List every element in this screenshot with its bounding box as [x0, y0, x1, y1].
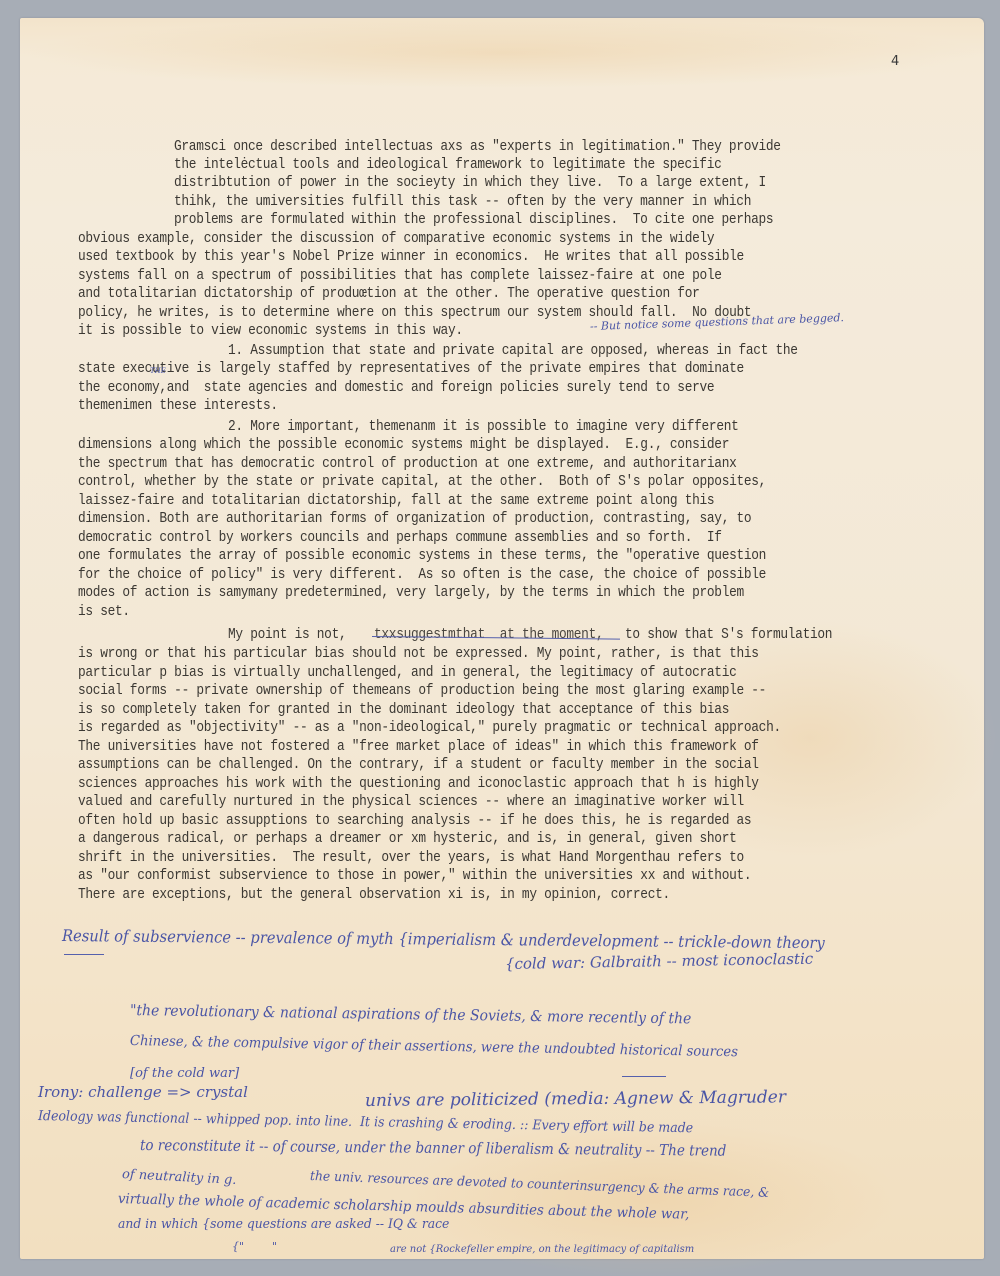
- handwritten-note: are not {Rockefeller empire, on the legi…: [390, 1244, 694, 1255]
- typed-line: the spectrum that has democratic control…: [78, 455, 737, 473]
- typed-line: is regarded as "objectivity" -- as a "no…: [78, 719, 781, 737]
- handwritten-note: [of the cold war]: [130, 1067, 239, 1080]
- typed-line: modes of action is samymany predetermine…: [78, 584, 744, 602]
- typed-line: Gramsci once described intellectuas axs …: [174, 138, 781, 156]
- typed-line: The universities have not fostered a "fr…: [78, 738, 759, 756]
- typed-line: dimensions along which the possible econ…: [78, 436, 729, 454]
- handwritten-underline: [64, 954, 104, 955]
- typed-line: problems are formulated within the profe…: [174, 211, 773, 229]
- typed-line: as "our conformist subservience to those…: [78, 867, 751, 885]
- typed-line: the intelėctual tools and ideological fr…: [174, 156, 722, 174]
- handwritten-note: Irony: challenge => crystal: [38, 1085, 248, 1100]
- typed-line: is so completely taken for granted in th…: [78, 701, 729, 719]
- typed-line: obvious example, consider the discussion…: [78, 230, 714, 248]
- handwritten-note: {" ": [232, 1241, 277, 1252]
- typed-line: social forms -- private ownership of the…: [78, 682, 766, 700]
- typed-line: for the choice of policy" is very differ…: [78, 566, 766, 584]
- handwritten-note: univs are politicized (media: Agnew & Ma…: [365, 1089, 786, 1110]
- typed-line: 1. Assumption that state and private cap…: [228, 342, 798, 360]
- paper-stain: [20, 18, 984, 88]
- typed-line: control, whether by the state or private…: [78, 473, 766, 491]
- typed-line: often hold up basic assupptions to searc…: [78, 812, 751, 830]
- struck-text: txxsuggestmthat at the moment,: [374, 626, 603, 644]
- typed-line: a dangerous radical, or perhaps a dreame…: [78, 830, 737, 848]
- handwritten-note: and in which {some questions are asked -…: [118, 1218, 449, 1231]
- typed-line: the economy,and state agencies and domes…: [78, 379, 714, 397]
- typed-line: assumptions can be challenged. On the co…: [78, 756, 759, 774]
- typed-line: democratic control by workers councils a…: [78, 529, 722, 547]
- typed-line: valued and carefully nurtured in the phy…: [78, 793, 744, 811]
- handwritten-underline: [622, 1076, 666, 1077]
- typed-line: thihk, the umiversities fulfill this tas…: [174, 193, 751, 211]
- typed-line: particular p bias is virtually unchallen…: [78, 664, 737, 682]
- typed-line: used textbook by this year's Nobel Prize…: [78, 248, 744, 266]
- typed-line: sciences approaches his work with the qu…: [78, 775, 759, 793]
- typed-line: laissez-faire and totalitarian dictators…: [78, 492, 714, 510]
- typed-line: systems fall on a spectrum of possibilit…: [78, 267, 722, 285]
- typed-line: it is possible to view economic systems …: [78, 322, 463, 340]
- typed-line: is set.: [78, 603, 130, 621]
- typed-line: shrift in the universities. The result, …: [78, 849, 744, 867]
- typed-line: is wrong or that his particular bias sho…: [78, 645, 759, 663]
- page-number: 4: [891, 54, 899, 69]
- typed-line: 2. More important, themenanm it is possi…: [228, 418, 739, 436]
- typed-line: to show that S's formulation: [625, 626, 832, 644]
- typed-line: distribtution of power in the socieyty i…: [174, 174, 766, 192]
- typed-line: There are exceptions, but the general ob…: [78, 886, 670, 904]
- typed-line: dimension. Both are authoritarian forms …: [78, 510, 751, 528]
- typed-line: My point is not,: [228, 626, 346, 644]
- typed-line: themenimen these interests.: [78, 397, 278, 415]
- typed-line: one formulates the array of possible eco…: [78, 547, 766, 565]
- typed-line: and totalitarian dictatorship of produœt…: [78, 285, 700, 303]
- typed-line: state executive is largely staffed by re…: [78, 360, 744, 378]
- handwritten-insert: THE: [150, 368, 166, 375]
